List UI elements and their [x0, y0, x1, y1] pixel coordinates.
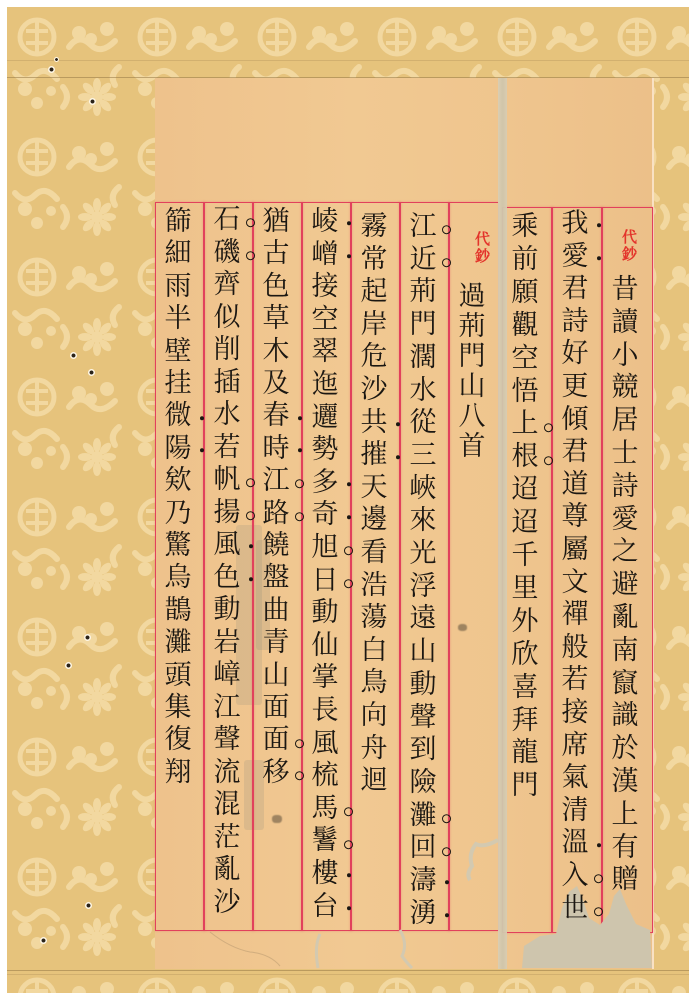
character: 願 [502, 277, 548, 310]
character: 風 [302, 728, 348, 761]
character: 有 [602, 832, 648, 865]
character: 移 [253, 757, 299, 789]
character: 齊 [204, 269, 250, 302]
character: 邊 [351, 504, 397, 537]
character: 帆 [204, 464, 250, 497]
character: 復 [155, 724, 201, 756]
punctuation-circle-mark [344, 840, 353, 849]
character: 水 [204, 399, 250, 432]
character: 微 [155, 400, 201, 432]
character: 過 [449, 282, 495, 312]
character: 濤 [400, 865, 446, 898]
character: 鬐 [302, 825, 348, 858]
character: 龍 [502, 737, 548, 770]
character: 翠 [302, 336, 348, 369]
character: 樓 [302, 858, 348, 891]
character: 起 [351, 276, 397, 309]
character: 席 [552, 730, 598, 763]
character: 色 [253, 271, 299, 303]
character: 避 [602, 569, 648, 602]
character: 世 [552, 893, 598, 926]
character: 空 [302, 304, 348, 337]
character: 古 [253, 238, 299, 270]
character: 南 [602, 635, 648, 668]
character: 迢 [502, 507, 548, 540]
punctuation-circle-mark [246, 251, 255, 260]
character: 江 [204, 692, 250, 725]
character: 旭 [302, 532, 348, 565]
character: 猶 [253, 206, 299, 238]
character: 摧 [351, 439, 397, 472]
character: 好 [552, 338, 598, 371]
character: 首 [449, 432, 495, 462]
character: 悟 [502, 376, 548, 409]
character: 危 [351, 341, 397, 374]
character: 迢 [502, 474, 548, 507]
punctuation-circle-mark [295, 512, 304, 521]
character: 氣 [552, 762, 598, 795]
character: 舟 [351, 733, 397, 766]
punctuation-dot-mark [597, 256, 601, 260]
character: 光 [400, 538, 446, 571]
character: 頭 [155, 660, 201, 692]
punctuation-dot-mark [445, 881, 449, 885]
character: 亂 [602, 602, 648, 635]
character: 山 [449, 372, 495, 402]
character: 更 [552, 371, 598, 404]
character: 饒 [253, 530, 299, 562]
character: 木 [253, 336, 299, 368]
punctuation-circle-mark [594, 874, 603, 883]
character: 雨 [155, 271, 201, 303]
character: 馬 [302, 793, 348, 826]
character: 贈 [602, 864, 648, 897]
punctuation-dot-mark [298, 416, 302, 420]
character: 台 [302, 891, 348, 924]
character: 削 [204, 334, 250, 367]
character: 溫 [552, 827, 598, 860]
punctuation-circle-mark [442, 814, 451, 823]
character: 奇 [302, 499, 348, 532]
character: 浮 [400, 571, 446, 604]
character: 門 [400, 309, 446, 342]
character: 鳥 [351, 667, 397, 700]
character: 霧 [351, 211, 397, 244]
character: 陽 [155, 433, 201, 465]
character: 半 [155, 303, 201, 335]
punctuation-dot-mark [347, 873, 351, 877]
character: 磯 [204, 237, 250, 270]
character: 白 [351, 635, 397, 668]
character: 濶 [400, 342, 446, 375]
character: 乃 [155, 498, 201, 530]
punctuation-dot-mark [200, 448, 204, 452]
character: 江 [253, 465, 299, 497]
daichao-red-stamp: 代鈔 [621, 229, 637, 263]
character: 色 [204, 562, 250, 595]
punctuation-dot-mark [249, 544, 253, 548]
punctuation-dot-mark [396, 455, 400, 459]
punctuation-dot-mark [298, 448, 302, 452]
character: 聲 [204, 724, 250, 757]
character: 灘 [155, 627, 201, 659]
character: 入 [552, 860, 598, 893]
punctuation-circle-mark [295, 739, 304, 748]
character: 挂 [155, 368, 201, 400]
punctuation-circle-mark [295, 771, 304, 780]
character: 聲 [400, 702, 446, 735]
character: 動 [204, 594, 250, 627]
character: 欸 [155, 465, 201, 497]
character: 回 [400, 832, 446, 865]
character: 嶒 [302, 239, 348, 272]
character: 荊 [449, 312, 495, 342]
punctuation-circle-mark [442, 226, 451, 235]
character: 喜 [502, 672, 548, 705]
punctuation-dot-mark [445, 913, 449, 917]
punctuation-circle-mark [246, 511, 255, 520]
character: 掌 [302, 662, 348, 695]
character: 荊 [400, 276, 446, 309]
character: 沙 [204, 887, 250, 920]
character: 看 [351, 537, 397, 570]
character: 風 [204, 529, 250, 562]
punctuation-circle-mark [295, 480, 304, 489]
punctuation-dot-mark [597, 843, 601, 847]
character: 邐 [302, 402, 348, 435]
character: 湧 [400, 898, 446, 931]
character: 石 [204, 204, 250, 237]
character: 崚 [302, 206, 348, 239]
character: 草 [253, 303, 299, 335]
character: 天 [351, 472, 397, 505]
character: 浩 [351, 570, 397, 603]
character: 似 [204, 302, 250, 335]
character: 愛 [552, 241, 598, 274]
character: 文 [552, 567, 598, 600]
character: 根 [502, 441, 548, 474]
character: 集 [155, 692, 201, 724]
character: 競 [602, 372, 648, 405]
character: 遠 [400, 603, 446, 636]
character: 上 [502, 408, 548, 441]
character: 烏 [155, 562, 201, 594]
punctuation-dot-mark [347, 515, 351, 519]
character: 山 [400, 636, 446, 669]
character: 篩 [155, 206, 201, 238]
punctuation-circle-mark [344, 807, 353, 816]
character: 常 [351, 244, 397, 277]
character: 若 [204, 432, 250, 465]
character: 拜 [502, 705, 548, 738]
character: 沙 [351, 374, 397, 407]
punctuation-circle-mark [246, 478, 255, 487]
character: 漢 [602, 766, 648, 799]
character: 乘 [502, 211, 548, 244]
character: 長 [302, 695, 348, 728]
character: 接 [552, 697, 598, 730]
character: 上 [602, 799, 648, 832]
character: 君 [552, 273, 598, 306]
punctuation-dot-mark [347, 906, 351, 910]
character: 動 [400, 669, 446, 702]
character: 嶂 [204, 659, 250, 692]
daichao-red-stamp: 代鈔 [474, 231, 490, 265]
character: 清 [552, 795, 598, 828]
character: 我 [552, 208, 598, 241]
character: 路 [253, 498, 299, 530]
character: 來 [400, 505, 446, 538]
character: 鵲 [155, 595, 201, 627]
punctuation-circle-mark [344, 546, 353, 555]
character: 及 [253, 368, 299, 400]
character: 青 [253, 627, 299, 659]
character: 門 [502, 770, 548, 803]
character: 外 [502, 606, 548, 639]
character: 士 [602, 438, 648, 471]
punctuation-dot-mark [249, 577, 253, 581]
character: 險 [400, 767, 446, 800]
punctuation-dot-mark [200, 416, 204, 420]
character: 前 [502, 244, 548, 277]
character: 翔 [155, 757, 201, 789]
character: 壁 [155, 336, 201, 368]
character: 江 [400, 211, 446, 244]
punctuation-dot-mark [597, 223, 601, 227]
character: 盤 [253, 562, 299, 594]
character: 詩 [602, 471, 648, 504]
ink-smudge [458, 624, 467, 631]
character: 近 [400, 244, 446, 277]
punctuation-dot-mark [347, 482, 351, 486]
character: 灘 [400, 800, 446, 833]
punctuation-circle-mark [442, 847, 451, 856]
character: 插 [204, 367, 250, 400]
character: 共 [351, 407, 397, 440]
character: 昔 [602, 274, 648, 307]
character: 欣 [502, 639, 548, 672]
character: 岸 [351, 309, 397, 342]
punctuation-dot-mark [347, 221, 351, 225]
character: 驚 [155, 530, 201, 562]
punctuation-circle-mark [544, 456, 553, 465]
character: 面 [253, 724, 299, 756]
character: 小 [602, 340, 648, 373]
punctuation-circle-mark [344, 579, 353, 588]
character: 傾 [552, 404, 598, 437]
character: 峽 [400, 473, 446, 506]
character: 竄 [602, 668, 648, 701]
character: 門 [449, 342, 495, 372]
character: 禪 [552, 599, 598, 632]
character: 水 [400, 375, 446, 408]
character: 揚 [204, 497, 250, 530]
character: 混 [204, 789, 250, 822]
character: 千 [502, 540, 548, 573]
character: 般 [552, 632, 598, 665]
character: 愛 [602, 504, 648, 537]
character: 於 [602, 733, 648, 766]
character: 蕩 [351, 602, 397, 635]
character: 君 [552, 436, 598, 469]
character: 到 [400, 734, 446, 767]
character: 詩 [552, 306, 598, 339]
character: 多 [302, 467, 348, 500]
character: 從 [400, 407, 446, 440]
character: 迴 [351, 765, 397, 798]
character: 亂 [204, 854, 250, 887]
character: 接 [302, 271, 348, 304]
character: 空 [502, 343, 548, 376]
character: 里 [502, 573, 548, 606]
character: 日 [302, 565, 348, 598]
punctuation-circle-mark [544, 423, 553, 432]
punctuation-circle-mark [594, 907, 603, 916]
ink-smudge [272, 815, 282, 823]
punctuation-circle-mark [246, 218, 255, 227]
character: 梳 [302, 760, 348, 793]
character: 三 [400, 440, 446, 473]
character: 觀 [502, 310, 548, 343]
character: 八 [449, 402, 495, 432]
character: 春 [253, 400, 299, 432]
character: 面 [253, 692, 299, 724]
character: 茫 [204, 822, 250, 855]
character: 細 [155, 238, 201, 270]
character: 流 [204, 757, 250, 790]
character: 之 [602, 536, 648, 569]
character: 識 [602, 700, 648, 733]
character: 讀 [602, 307, 648, 340]
character: 向 [351, 700, 397, 733]
character: 山 [253, 660, 299, 692]
character: 勢 [302, 434, 348, 467]
character: 尊 [552, 501, 598, 534]
character: 岩 [204, 627, 250, 660]
character: 屬 [552, 534, 598, 567]
character: 仙 [302, 630, 348, 663]
character: 時 [253, 433, 299, 465]
punctuation-circle-mark [442, 258, 451, 267]
punctuation-dot-mark [396, 422, 400, 426]
character: 道 [552, 469, 598, 502]
character: 若 [552, 664, 598, 697]
punctuation-dot-mark [347, 254, 351, 258]
character: 動 [302, 597, 348, 630]
character: 迤 [302, 369, 348, 402]
character: 居 [602, 405, 648, 438]
character: 曲 [253, 595, 299, 627]
